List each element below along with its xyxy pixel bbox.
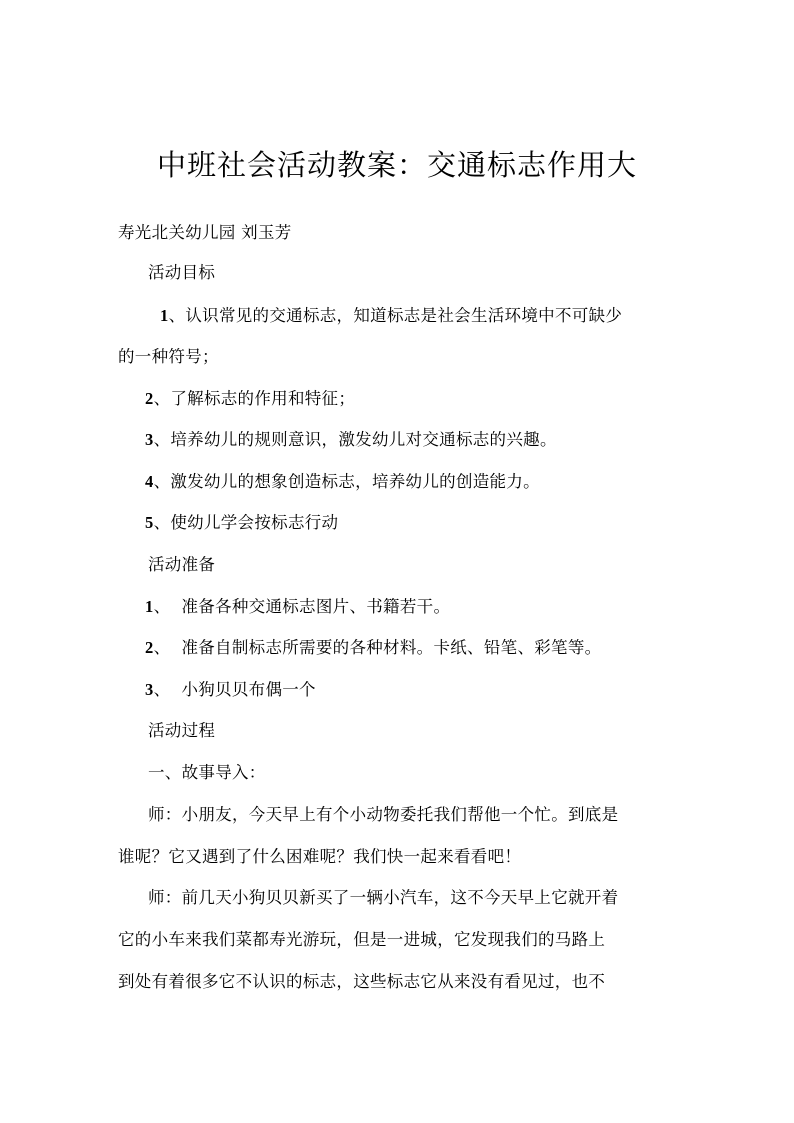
goal-number: 3 [145,430,154,449]
goal-item-3: 3、培养幼儿的规则意识，激发幼儿对交通标志的兴趣。 [145,429,557,451]
goal-text: 、了解标志的作用和特征； [154,389,356,408]
prep-number: 3 [145,680,154,699]
author-line: 寿光北关幼儿园 刘玉芳 [118,222,292,244]
goal-text: 、激发幼儿的想象创造标志，培养幼儿的创造能力。 [154,472,540,491]
goal-text: 、使幼儿学会按标志行动 [154,513,339,532]
goal-text: 、认识常见的交通标志，知道标志是社会生活环境中不可缺少 [169,306,623,325]
prep-text: 、 准备自制标志所需要的各种材料。卡纸、铅笔、彩笔等。 [154,638,602,657]
prep-text: 、 小狗贝贝布偶一个 [154,680,316,699]
prep-number: 2 [145,638,154,657]
goal-item-4: 4、激发幼儿的想象创造标志，培养幼儿的创造能力。 [145,471,540,493]
paragraph-line: 到处有着很多它不认识的标志，这些标志它从来没有看见过，也不 [118,971,605,993]
paragraph-line: 师：前几天小狗贝贝新买了一辆小汽车，这不今天早上它就开着 [148,887,618,909]
prep-number: 1 [145,597,154,616]
goal-item-5: 5、使幼儿学会按标志行动 [145,512,338,534]
prep-item-2: 2、 准备自制标志所需要的各种材料。卡纸、铅笔、彩笔等。 [145,637,601,659]
paragraph-line: 谁呢？它又遇到了什么困难呢？我们快一起来看看吧！ [118,846,521,868]
goal-item-2: 2、了解标志的作用和特征； [145,388,355,410]
process-subheading-story: 一、故事导入： [148,762,266,784]
section-heading-goals: 活动目标 [148,262,215,284]
prep-item-1: 1、 准备各种交通标志图片、书籍若干。 [145,596,450,618]
prep-item-3: 3、 小狗贝贝布偶一个 [145,679,316,701]
goal-number: 2 [145,389,154,408]
goal-number: 5 [145,513,154,532]
goal-number: 1 [160,306,169,325]
goal-item-1-continued: 的一种符号； [118,346,219,368]
goal-text: 、培养幼儿的规则意识，激发幼儿对交通标志的兴趣。 [154,430,557,449]
goal-item-1: 1、认识常见的交通标志，知道标志是社会生活环境中不可缺少 [160,305,622,327]
paragraph-line: 它的小车来我们菜都寿光游玩，但是一进城，它发现我们的马路上 [118,929,605,951]
section-heading-process: 活动过程 [148,720,215,742]
goal-number: 4 [145,472,154,491]
prep-text: 、 准备各种交通标志图片、书籍若干。 [154,597,451,616]
document-title: 中班社会活动教案：交通标志作用大 [0,146,794,184]
section-heading-preparation: 活动准备 [148,554,215,576]
paragraph-line: 师：小朋友，今天早上有个小动物委托我们帮他一个忙。到底是 [148,804,618,826]
